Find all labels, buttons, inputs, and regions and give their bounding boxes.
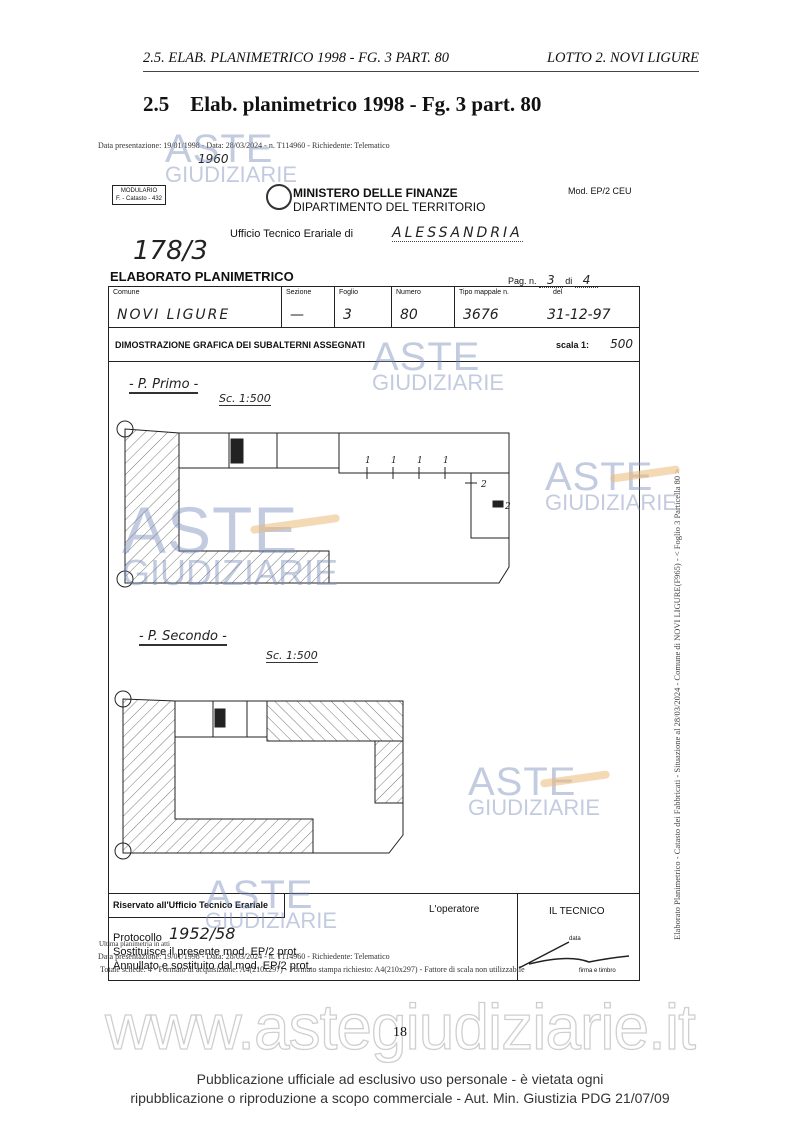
sub-label: 1 bbox=[365, 456, 371, 466]
republic-emblem-icon bbox=[266, 184, 292, 210]
sub-label: 2 bbox=[480, 480, 487, 490]
operator-label: L'operatore bbox=[429, 904, 479, 915]
watermark-subtext: GIUDIZIARIE bbox=[372, 374, 504, 393]
running-header: 2.5. ELAB. PLANIMETRICO 1998 - FG. 3 PAR… bbox=[143, 50, 699, 72]
section-title-text: Elab. planimetrico 1998 - Fg. 3 part. 80 bbox=[190, 92, 541, 116]
office-value: ALESSANDRIA bbox=[392, 225, 523, 242]
bottom-stamp-1: Data presentazione: 19/01/1998 - Data: 2… bbox=[98, 952, 390, 961]
ultima-planimetria: Ultima planimetria in atti bbox=[99, 940, 170, 948]
modulario-code: F. - Catasto - 432 bbox=[116, 195, 162, 203]
vertical-cadastral-stamp: Elaborato Planimetrico - Catasto dei Fab… bbox=[672, 469, 682, 940]
watermark-logo: ASTEGIUDIZIARIE bbox=[468, 765, 600, 818]
watermark-text: ASTE bbox=[165, 132, 297, 166]
sub-label: 1 bbox=[443, 456, 449, 466]
department-name: DIPARTIMENTO DEL TERRITORIO bbox=[293, 200, 485, 214]
watermark-logo: ASTEGIUDIZIARIE bbox=[372, 340, 504, 393]
handwritten-reference: 178/3 bbox=[133, 236, 208, 266]
office-label: Ufficio Tecnico Erariale di bbox=[230, 228, 353, 240]
watermark-text: ASTE bbox=[205, 878, 337, 912]
footer-notice: Pubblicazione ufficiale ad esclusivo uso… bbox=[0, 1070, 800, 1108]
form-heading: ELABORATO PLANIMETRICO bbox=[110, 269, 294, 284]
bottom-stamp-2: Totale schede: 4 - Formato di acquisizio… bbox=[100, 965, 525, 974]
watermark-subtext: GIUDIZIARIE bbox=[122, 558, 338, 589]
modulario-label: MODULARIO bbox=[116, 187, 162, 195]
modulario-box: MODULARIO F. - Catasto - 432 bbox=[112, 185, 166, 205]
section-number: 2.5 bbox=[143, 92, 185, 117]
watermark-subtext: GIUDIZIARIE bbox=[468, 799, 600, 818]
watermark-text: ASTE bbox=[372, 340, 504, 374]
watermark-logo: ASTEGIUDIZIARIE bbox=[165, 132, 297, 185]
sub-label: 1 bbox=[391, 456, 397, 466]
footer-line-1: Pubblicazione ufficiale ad esclusivo uso… bbox=[0, 1070, 800, 1089]
watermark-text: ASTE bbox=[122, 502, 338, 558]
watermark-logo: ASTEGIUDIZIARIE bbox=[205, 878, 337, 931]
running-header-right: LOTTO 2. NOVI LIGURE bbox=[547, 50, 699, 67]
section-title: 2.5 Elab. planimetrico 1998 - Fg. 3 part… bbox=[143, 92, 541, 117]
ministry-name: MINISTERO DELLE FINANZE bbox=[293, 186, 485, 200]
model-code: Mod. EP/2 CEU bbox=[568, 186, 632, 196]
tecnico-label: IL TECNICO bbox=[549, 906, 605, 917]
ministry-header: MINISTERO DELLE FINANZE DIPARTIMENTO DEL… bbox=[293, 186, 485, 214]
signature-icon bbox=[509, 934, 639, 974]
watermark-subtext: GIUDIZIARIE bbox=[545, 494, 677, 513]
sub-label: 1 bbox=[417, 456, 423, 466]
watermark-logo: ASTEGIUDIZIARIE bbox=[122, 502, 338, 589]
running-header-left: 2.5. ELAB. PLANIMETRICO 1998 - FG. 3 PAR… bbox=[143, 50, 449, 67]
page-number: 18 bbox=[0, 1025, 800, 1041]
page-label: Pag. n. bbox=[508, 276, 537, 286]
of-label: di bbox=[565, 276, 572, 286]
page-indicator: Pag. n. 3 di 4 bbox=[508, 273, 598, 287]
plan-secondo bbox=[115, 691, 403, 859]
sub-label: 2 bbox=[504, 502, 511, 512]
watermark-subtext: GIUDIZIARIE bbox=[205, 912, 337, 931]
watermark-subtext: GIUDIZIARIE bbox=[165, 166, 297, 185]
footer-line-2: ripubblicazione o riproduzione a scopo c… bbox=[0, 1089, 800, 1108]
